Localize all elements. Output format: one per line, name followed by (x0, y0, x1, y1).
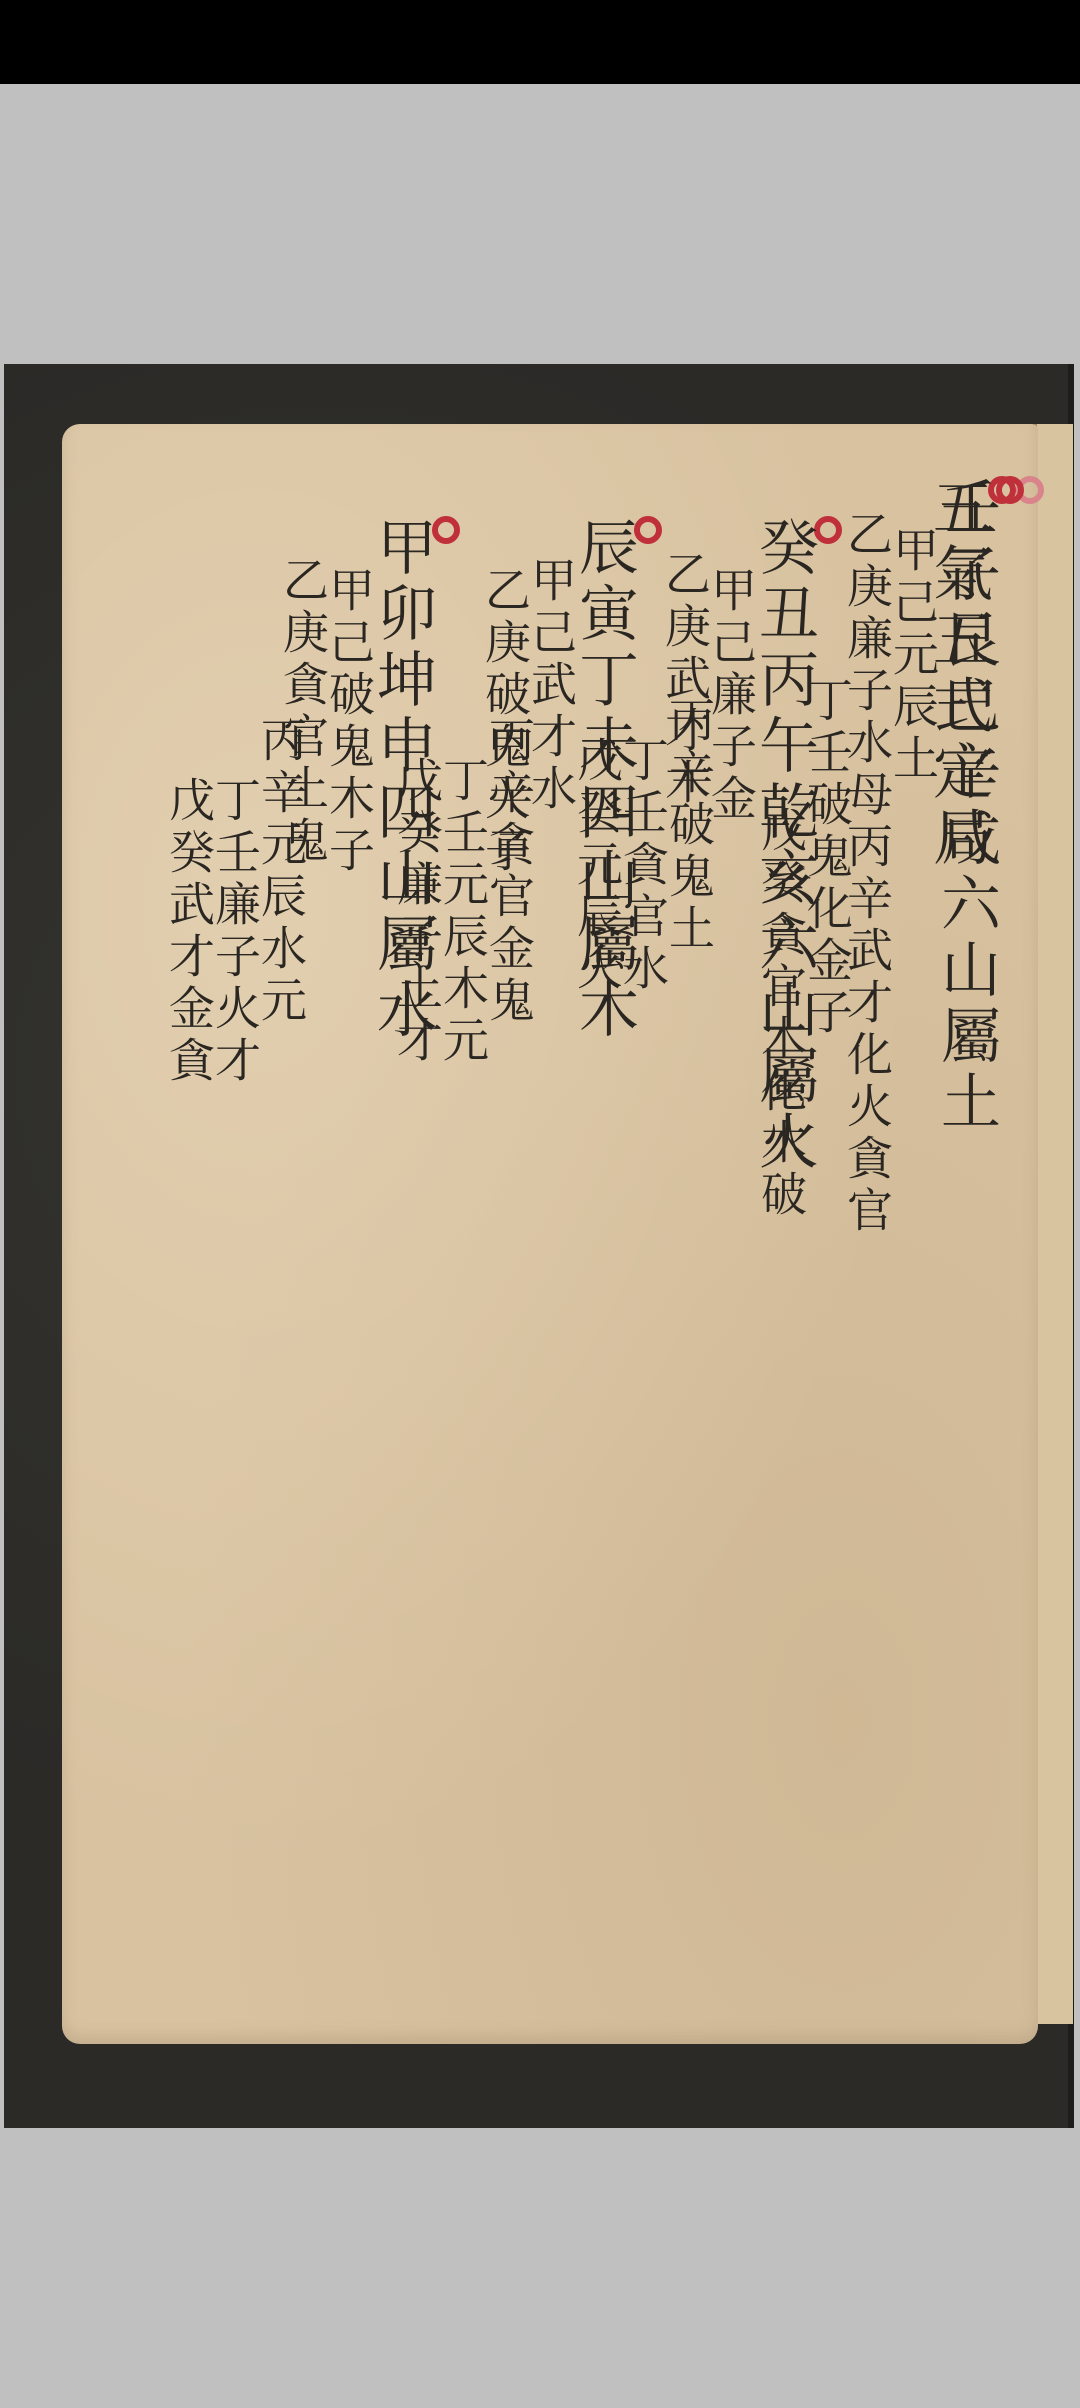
column-entry: 甲己元辰土 (890, 526, 936, 1238)
text-column-2: 壬子艮巳辛戌六山屬土 甲己元辰土 乙庚廉子水母丙辛武才化火貪官 (844, 476, 1024, 1238)
column-entry: 丙辛貪官金鬼 (486, 716, 532, 1068)
column-heading: 壬子艮巳辛戌六山屬土 (936, 476, 996, 1238)
scanned-image[interactable]: 五氣五式定局 壬子艮巳辛戌六山屬土 甲己元辰土 乙庚廉子水母丙辛武才化火貪官 丁… (4, 364, 1074, 2128)
column-entry: 丙辛破鬼土 (666, 696, 712, 996)
status-bar (0, 0, 1080, 84)
column-entry: 甲己破鬼木子 (326, 566, 372, 1044)
manuscript-page: 五氣五式定局 壬子艮巳辛戌六山屬土 甲己元辰土 乙庚廉子水母丙辛武才化火貪官 丁… (62, 424, 1038, 2044)
column-heading: 癸丑丙午乾亥六山屬火 (754, 516, 814, 1176)
column-entry: 丁壬廉子火才 (212, 776, 258, 1088)
column-entry: 戊癸武才金貪 (166, 776, 212, 1088)
column-heading: 辰寅丁未四山屬木 (574, 516, 634, 1044)
text-column-9: 丙辛元辰水元 丁壬廉子火才 戊癸武才金貪 (166, 716, 304, 1088)
column-entry: 丙辛元辰水元 (258, 716, 304, 1088)
column-heading: 甲卯坤申四山屬水 (372, 516, 432, 1044)
